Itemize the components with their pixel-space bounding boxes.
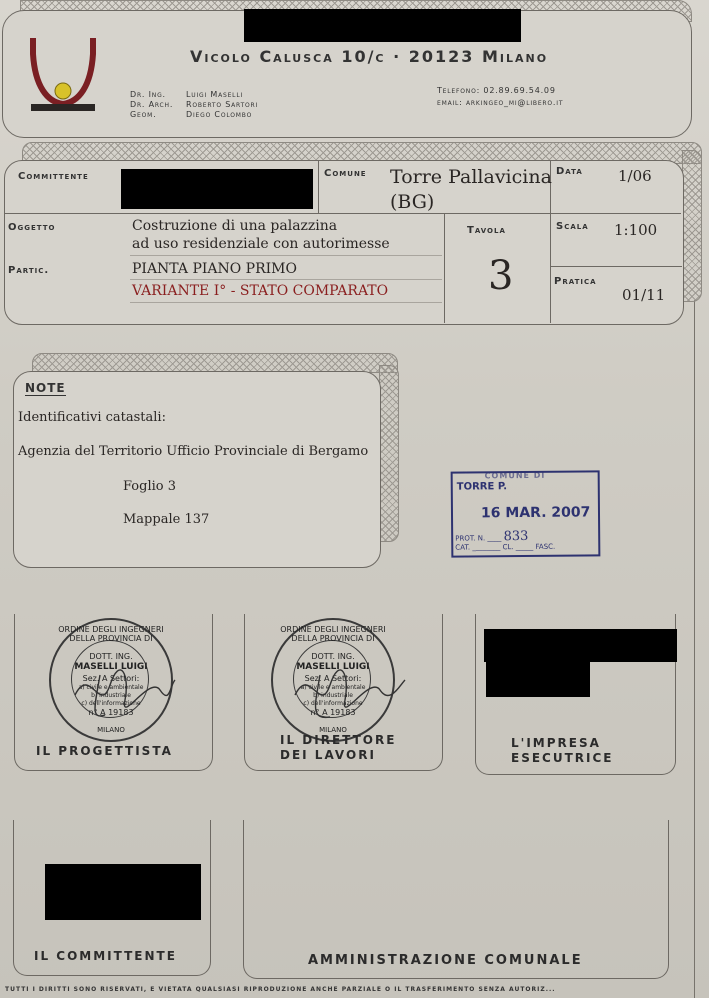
oggetto-line-1: Costruzione di una palazzina — [132, 218, 337, 234]
note-hatch-top — [32, 353, 398, 373]
note-line-1: Identificativi catastali: — [18, 410, 166, 425]
note-hatch-right — [379, 365, 399, 542]
title-hatch-right — [682, 150, 702, 302]
drawing-title-sheet: Vicolo Calusca 10/c · 20123 Milano Dr. I… — [0, 0, 709, 998]
stamp-cl-label: CL. — [503, 543, 514, 551]
stamp-prot-value: 833 — [504, 529, 529, 544]
email-link[interactable]: email: arkingeo_mi@libero.it — [437, 97, 563, 109]
seal-ring-text: ORDINE DEGLI INGEGNERI DELLA PROVINCIA D… — [51, 625, 171, 643]
title-divider — [444, 213, 445, 323]
redacted-impresa — [484, 629, 677, 662]
amministrazione-label: AMMINISTRAZIONE COMUNALE — [308, 953, 583, 968]
stamp-town: TORRE P. — [457, 481, 507, 492]
scala-value: 1:100 — [614, 221, 657, 239]
committente-label: Committente — [18, 171, 89, 182]
rule-line — [130, 255, 442, 256]
signature-scribble-icon — [70, 655, 180, 725]
comune-province: (BG) — [390, 191, 434, 213]
stamp-cat-row: CAT. ________ CL. _____ FASC. — [455, 543, 555, 552]
impresa-label-1: L'IMPRESA — [511, 736, 601, 750]
committente-sign-label: IL COMMITTENTE — [34, 949, 177, 963]
comune-value: Torre Pallavicina — [390, 166, 552, 188]
note-line-2: Agenzia del Territorio Ufficio Provincia… — [18, 444, 368, 459]
arch-ball-logo-icon — [25, 34, 100, 116]
redacted-firm-name — [244, 9, 521, 42]
redacted-committente-signature — [45, 864, 201, 920]
data-label: Data — [556, 166, 583, 177]
redacted-committente — [121, 169, 313, 209]
header-address: Vicolo Calusca 10/c · 20123 Milano — [190, 47, 548, 66]
rights-footer: TUTTI I DIRITTI SONO RISERVATI, E VIETAT… — [5, 986, 556, 993]
phone-text: Telefono: 02.89.69.54.09 — [437, 85, 563, 97]
redacted-impresa — [486, 660, 590, 697]
pratica-value: 01/11 — [622, 286, 665, 304]
direttore-label-2: DEI LAVORI — [280, 748, 376, 762]
stamp-prot-label: PROT. N. — [455, 534, 485, 542]
stamp-cat-label: CAT. — [455, 543, 470, 551]
title-divider — [5, 213, 681, 214]
tavola-value: 3 — [488, 253, 513, 299]
oggetto-label: Oggetto — [8, 222, 55, 233]
professional-row: Geom.Diego Colombo — [130, 110, 258, 120]
protocol-stamp: COMUNE DI TORRE P. 16 MAR. 2007 PROT. N.… — [451, 470, 601, 557]
signature-scribble-icon — [290, 655, 410, 725]
title-divider — [318, 161, 319, 213]
stamp-header: COMUNE DI — [485, 471, 546, 481]
note-line-3: Foglio 3 — [123, 479, 176, 494]
stamp-date: 16 MAR. 2007 — [481, 504, 590, 521]
tavola-label: Tavola — [467, 225, 506, 236]
seal-bottom-text: MILANO — [51, 726, 171, 734]
data-value: 1/06 — [618, 167, 652, 185]
note-label: NOTE — [25, 381, 66, 396]
impresa-label-2: ESECUTRICE — [511, 751, 613, 765]
rule-line — [130, 302, 442, 303]
title-divider — [550, 266, 682, 267]
note-line-4: Mappale 137 — [123, 512, 209, 527]
progettista-label: IL PROGETTISTA — [36, 744, 173, 758]
professional-row: Dr. Ing.Luigi Maselli — [130, 90, 258, 100]
professionals-list: Dr. Ing.Luigi Maselli Dr. Arch.Roberto S… — [130, 90, 258, 120]
partic-line-2: VARIANTE I° - STATO COMPARATO — [132, 283, 388, 299]
partic-label: Partic. — [8, 265, 49, 276]
oggetto-line-2: ad uso residenziale con autorimesse — [132, 236, 390, 252]
page-edge — [694, 300, 695, 998]
professional-row: Dr. Arch.Roberto Sartori — [130, 100, 258, 110]
contact-block: Telefono: 02.89.69.54.09 email: arkingeo… — [437, 85, 563, 109]
comune-label: Comune — [324, 168, 367, 179]
direttore-label-1: IL DIRETTORE — [280, 733, 396, 747]
seal-ring-text: ORDINE DEGLI INGEGNERI DELLA PROVINCIA D… — [273, 625, 393, 643]
rule-line — [130, 279, 442, 280]
stamp-fasc-label: FASC. — [535, 543, 555, 551]
pratica-label: Pratica — [554, 276, 597, 287]
scala-label: Scala — [556, 221, 589, 232]
partic-line-1: PIANTA PIANO PRIMO — [132, 261, 297, 277]
note-box — [13, 371, 381, 568]
